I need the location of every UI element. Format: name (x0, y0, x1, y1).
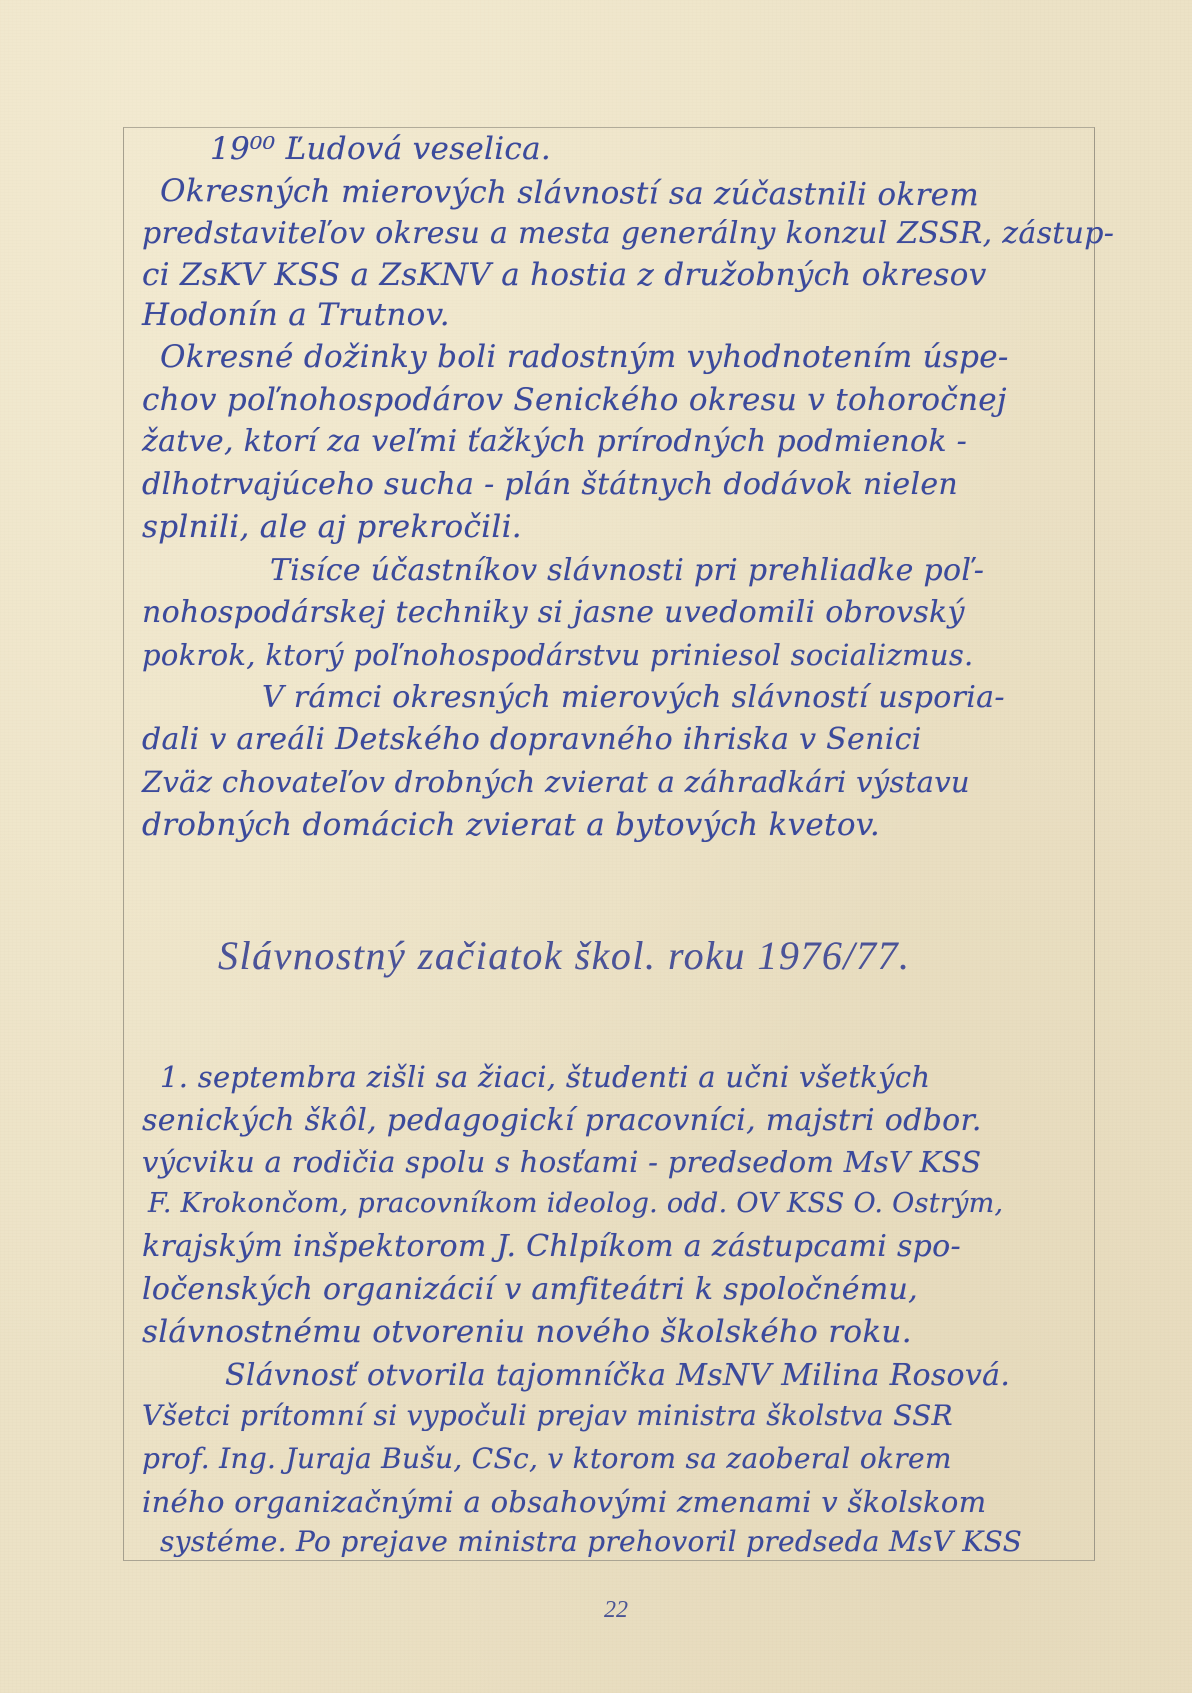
text-line: systéme. Po prejave ministra prehovoril … (160, 1528, 1022, 1556)
text-line: predstaviteľov okresu a mesta generálny … (142, 219, 1114, 249)
text-line: 19⁰⁰ Ľudová veselica. (210, 134, 551, 165)
text-line: Slávnosť otvorila tajomníčka MsNV Milina… (225, 1361, 1010, 1391)
text-line: splnili, ale aj prekročili. (142, 512, 522, 543)
text-line: Okresné dožinky boli radostným vyhodnote… (160, 342, 1009, 373)
text-line: senických škôl, pedagogickí pracovníci, … (142, 1106, 982, 1136)
text-line: prof. Ing. Juraja Bušu, CSc, v ktorom sa… (142, 1445, 952, 1473)
text-line: slávnostnému otvoreniu nového školského … (142, 1317, 912, 1348)
text-line: Okresných mierových slávností sa zúčastn… (160, 176, 979, 211)
text-line: výcviku a rodičia spolu s hosťami - pred… (142, 1148, 981, 1177)
page-number: 22 (604, 1598, 628, 1622)
text-line: pokrok, ktorý poľnohospodárstvu prinieso… (142, 641, 974, 670)
section-heading: Slávnostný začiatok škol. roku 1976/77. (218, 936, 910, 976)
text-line: krajským inšpektorom J. Chlpíkom a zástu… (142, 1232, 961, 1262)
text-line: F. Krokončom, pracovníkom ideolog. odd. … (148, 1190, 1003, 1217)
text-line: nohospodárskej techniky si jasne uvedomi… (142, 598, 965, 628)
text-line: ločenských organizácií v amfiteátri k sp… (142, 1275, 918, 1305)
text-line: drobných domácich zvierat a bytových kve… (142, 810, 880, 841)
text-line: žatve, ktorí za veľmi ťažkých prírodných… (142, 427, 967, 457)
text-line: Všetci prítomní si vypočuli prejav minis… (142, 1402, 953, 1430)
text-line: dlhotrvajúceho sucha - plán štátnych dod… (142, 470, 958, 500)
text-line: V rámci okresných mierových slávností us… (262, 683, 1005, 713)
text-line: Zväz chovateľov drobných zvierat a záhra… (142, 768, 970, 797)
text-line: ci ZsKV KSS a ZsKNV a hostia z družobnýc… (142, 260, 987, 291)
text-line: iného organizačnými a obsahovými zmenami… (142, 1488, 986, 1517)
text-line: chov poľnohospodárov Senického okresu v … (142, 385, 1007, 416)
text-line: Hodonín a Trutnov. (142, 300, 450, 331)
text-line: 1. septembra zišli sa žiaci, študenti a … (160, 1063, 930, 1092)
text-line: dali v areáli Detského dopravného ihrisk… (142, 725, 922, 755)
text-line: Tisíce účastníkov slávnosti pri prehliad… (270, 556, 984, 586)
